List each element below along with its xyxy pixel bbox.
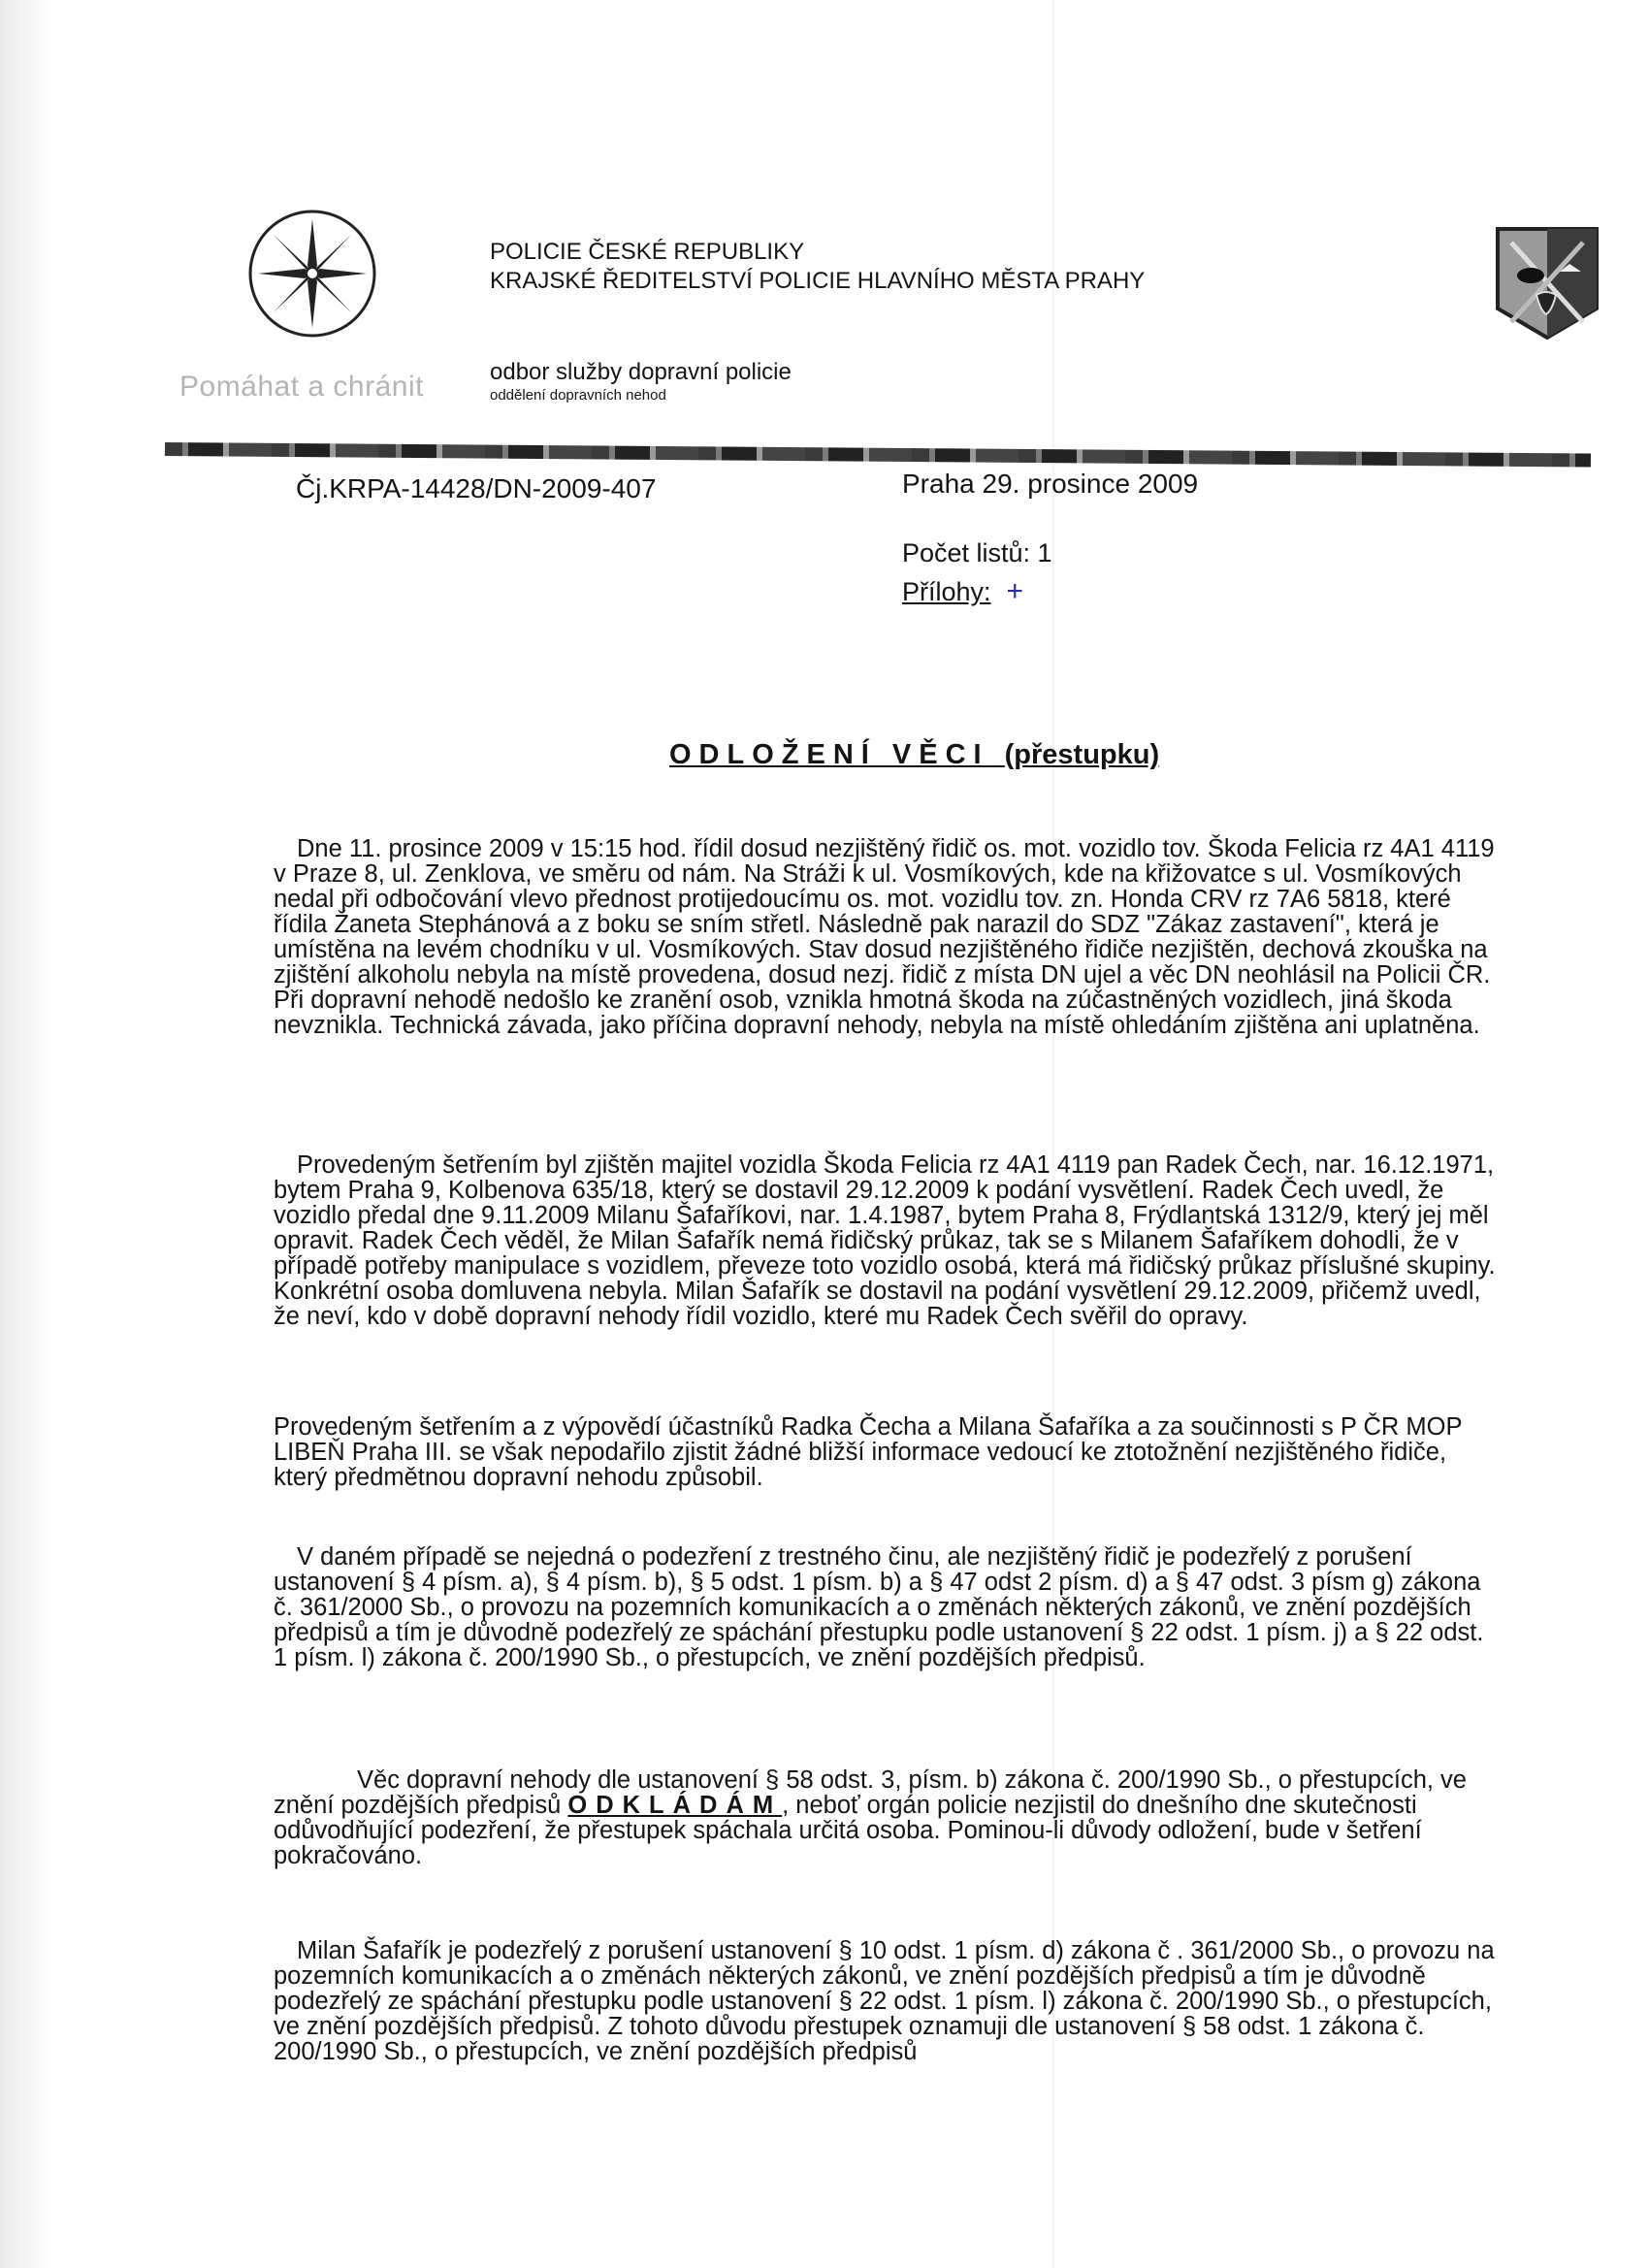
paragraph-text: Provedeným šetřením a z výpovědí účastní… [274,1414,1498,1490]
organization-heading: POLICIE ČESKÉ REPUBLIKY KRAJSKÉ ŘEDITELS… [490,238,1145,296]
paragraph-incident: Dne 11. prosince 2009 v 15:15 hod. řídil… [274,836,1498,1038]
paragraph-suspicion: V daném případě se nejedná o podezření z… [274,1544,1498,1670]
handwritten-mark: + [1007,575,1024,607]
attachments-label: Přílohy: [902,577,991,606]
title-main: ODLOŽENÍ VĚCI [669,739,989,770]
paragraph-text: V daném případě se nejedná o podezření z… [274,1544,1498,1670]
header-divider-band [165,442,1591,468]
title-sub: (přestupku) [1005,739,1160,770]
paragraph-notification: Milan Šafařík je podezřelý z porušení us… [274,1938,1498,2064]
paragraph-text: Dne 11. prosince 2009 v 15:15 hod. řídil… [274,836,1498,1038]
document-title: ODLOŽENÍ VĚCI (přestupku) [669,739,1159,771]
motto: Pomáhat a chránit [179,371,424,404]
police-star-emblem-icon [244,206,380,341]
paragraph-decision: Věc dopravní nehody dle ustanovení § 58 … [274,1767,1498,1868]
paragraph-text: Věc dopravní nehody dle ustanovení § 58 … [274,1767,1498,1868]
dept-line-2: oddělení dopravních nehod [490,386,792,405]
paragraph-investigation: Provedeným šetřením byl zjištěn majitel … [274,1152,1498,1329]
paper-fold-crease [1052,0,1054,2268]
attachments: Přílohy:+ [902,575,1023,608]
reference-number: Čj.KRPA-14428/DN-2009-407 [296,473,656,504]
dept-line-1: odbor služby dopravní policie [490,359,792,386]
department-heading: odbor služby dopravní policie oddělení d… [490,359,792,405]
paragraph-text: Provedeným šetřením byl zjištěn majitel … [274,1152,1498,1329]
org-line-1: POLICIE ČESKÉ REPUBLIKY [490,238,1145,267]
sheet-count: Počet listů: 1 [902,538,1052,568]
scan-edge-shadow [0,0,56,2268]
document-date: Praha 29. prosince 2009 [902,469,1198,500]
prague-coat-of-arms-icon [1494,225,1600,341]
org-line-2: KRAJSKÉ ŘEDITELSTVÍ POLICIE HLAVNÍHO MĚS… [490,267,1145,296]
paragraph-findings: Provedeným šetřením a z výpovědí účastní… [274,1414,1498,1490]
paragraph-text: Milan Šafařík je podezřelý z porušení us… [274,1938,1498,2064]
decision-keyword: ODKLÁDÁM [567,1792,782,1819]
